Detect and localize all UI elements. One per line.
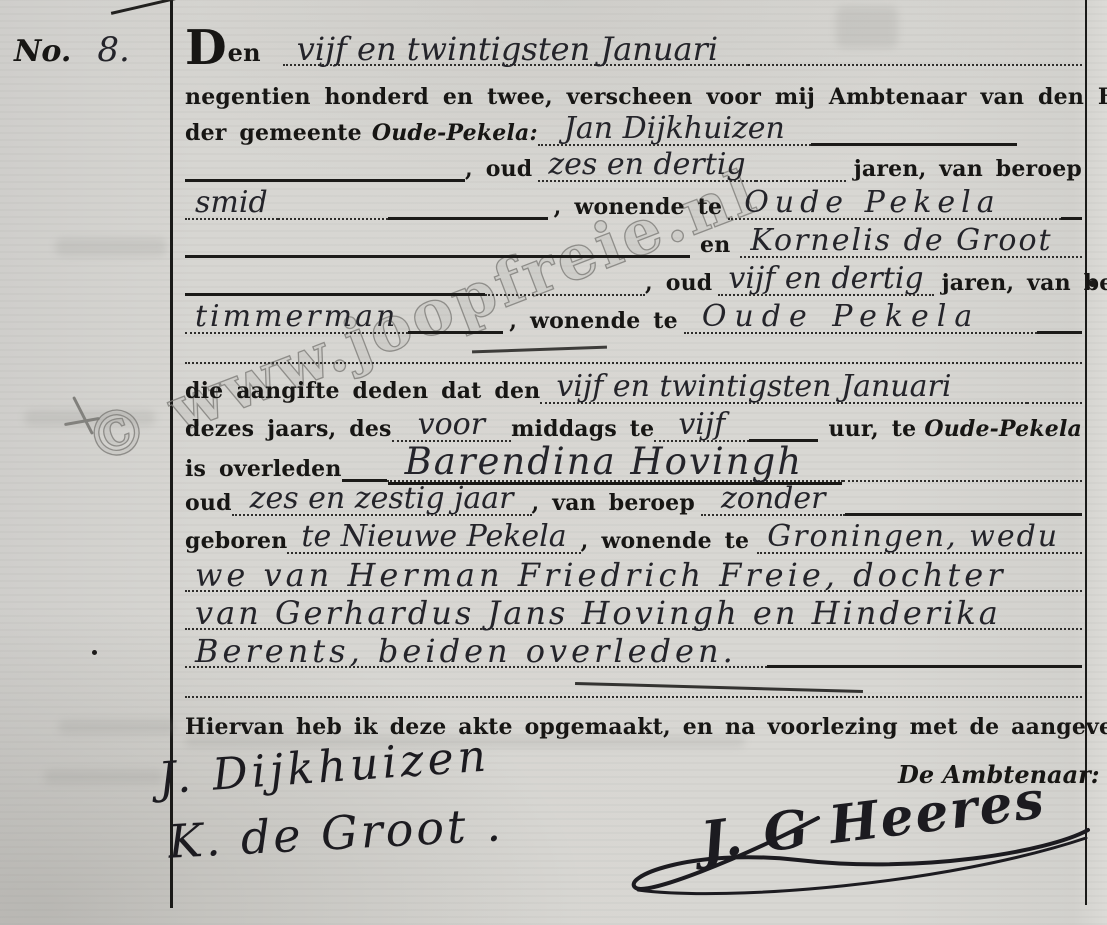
ink-dot	[1089, 280, 1096, 287]
line-death-date: die aangifte deden dat den vijf en twint…	[185, 364, 1082, 404]
line-handwritten-continuation-2: van Gerhardus Jans Hovingh en Hinderika	[185, 590, 1082, 630]
declarant2-name: Kornelis de Groot	[740, 226, 1082, 258]
wonende-label-3: , wonende te	[581, 528, 750, 554]
line-closing-sentence: Hiervan heb ik deze akte opgemaakt, en n…	[185, 700, 1082, 740]
blank-rule	[185, 696, 1082, 698]
beroep-label-3: , van beroep	[532, 490, 695, 516]
bleedthrough-smudge	[58, 720, 176, 734]
geboren-label: geboren	[185, 528, 287, 554]
declaration-date-handwritten: vijf en twintigsten Januari	[283, 34, 748, 66]
den-rest: en	[228, 40, 261, 66]
oud-label-2: , oud	[645, 270, 712, 296]
line-declarant1-occupation: smid , wonende te Oude Pekela	[185, 180, 1082, 220]
en-label: en	[700, 232, 730, 258]
aangifte-label: die aangifte deden dat den	[185, 378, 540, 404]
line-declarant2-name: en Kornelis de Groot	[185, 218, 1082, 258]
continuation-text-2: van Gerhardus Jans Hovingh en Hinderika	[185, 598, 1082, 630]
signature-witness2: K. de Groot .	[167, 797, 505, 868]
oud-label-3: oud	[185, 490, 232, 516]
den-initial: D	[185, 30, 228, 66]
line-birthplace-residence: geboren te Nieuwe Pekela , wonende te Gr…	[185, 514, 1082, 554]
closing-sentence-text: Hiervan heb ik deze akte opgemaakt, en n…	[185, 714, 1107, 740]
continuation-text-1: we van Herman Friedrich Freie, dochter	[185, 560, 1082, 592]
residence-handwritten: Groningen, wedu	[757, 522, 1082, 554]
line-death-hour: dezes jaars, des voor middags te vijf uu…	[185, 402, 1082, 442]
act-number-label: No.	[14, 34, 71, 69]
line-gemeente-declarant1: der gemeente Oude-Pekela: Jan Dijkhuizen	[185, 106, 1082, 146]
declarant1-occupation: smid	[185, 188, 278, 220]
line-blank-dotted	[185, 326, 1082, 364]
blank-rule	[748, 64, 1082, 66]
jaren-label-2: jaren, van beroep	[942, 270, 1107, 296]
line-deceased-age-occupation: oud zes en zestig jaar , van beroep zond…	[185, 476, 1082, 516]
stray-pen-stroke-top	[111, 0, 197, 15]
scanned-death-certificate: { "akte": { "margin": { "number_label": …	[0, 0, 1107, 925]
signature-flourish	[618, 800, 1098, 910]
bleedthrough-smudge	[55, 238, 167, 256]
act-number-value: 8.	[97, 35, 129, 65]
deceased-occupation: zonder	[701, 484, 846, 516]
line-handwritten-continuation-1: we van Herman Friedrich Freie, dochter	[185, 552, 1082, 592]
bleedthrough-smudge	[24, 410, 156, 426]
declarant1-residence: Oude Pekela	[728, 188, 1060, 220]
line-declarant1-age: , oud zes en dertig jaren, van beroep	[185, 142, 1082, 182]
line-year-sentence: negentien honderd en twee, verscheen voo…	[185, 70, 1082, 110]
declarant1-age: zes en dertig	[538, 150, 755, 182]
line-declaration-date: D en vijf en twintigsten Januari	[185, 16, 1082, 66]
jaren-label-1: jaren, van beroep	[854, 156, 1082, 182]
oud-label-1: , oud	[465, 156, 532, 182]
wonende-label-1: , wonende te	[554, 194, 723, 220]
deceased-age: zes en zestig jaar	[232, 484, 532, 516]
birthplace-handwritten: te Nieuwe Pekela	[287, 522, 580, 554]
act-number: No. 8.	[14, 34, 130, 69]
ink-dot	[92, 650, 97, 655]
line-declarant2-age: , oud vijf en dertig jaren, van beroep	[185, 256, 1082, 296]
bleedthrough-smudge	[44, 770, 164, 784]
line-blank-dotted-2	[185, 660, 1082, 698]
declarant2-age: vijf en dertig	[718, 264, 933, 296]
death-date-handwritten: vijf en twintigsten Januari	[540, 372, 1027, 404]
